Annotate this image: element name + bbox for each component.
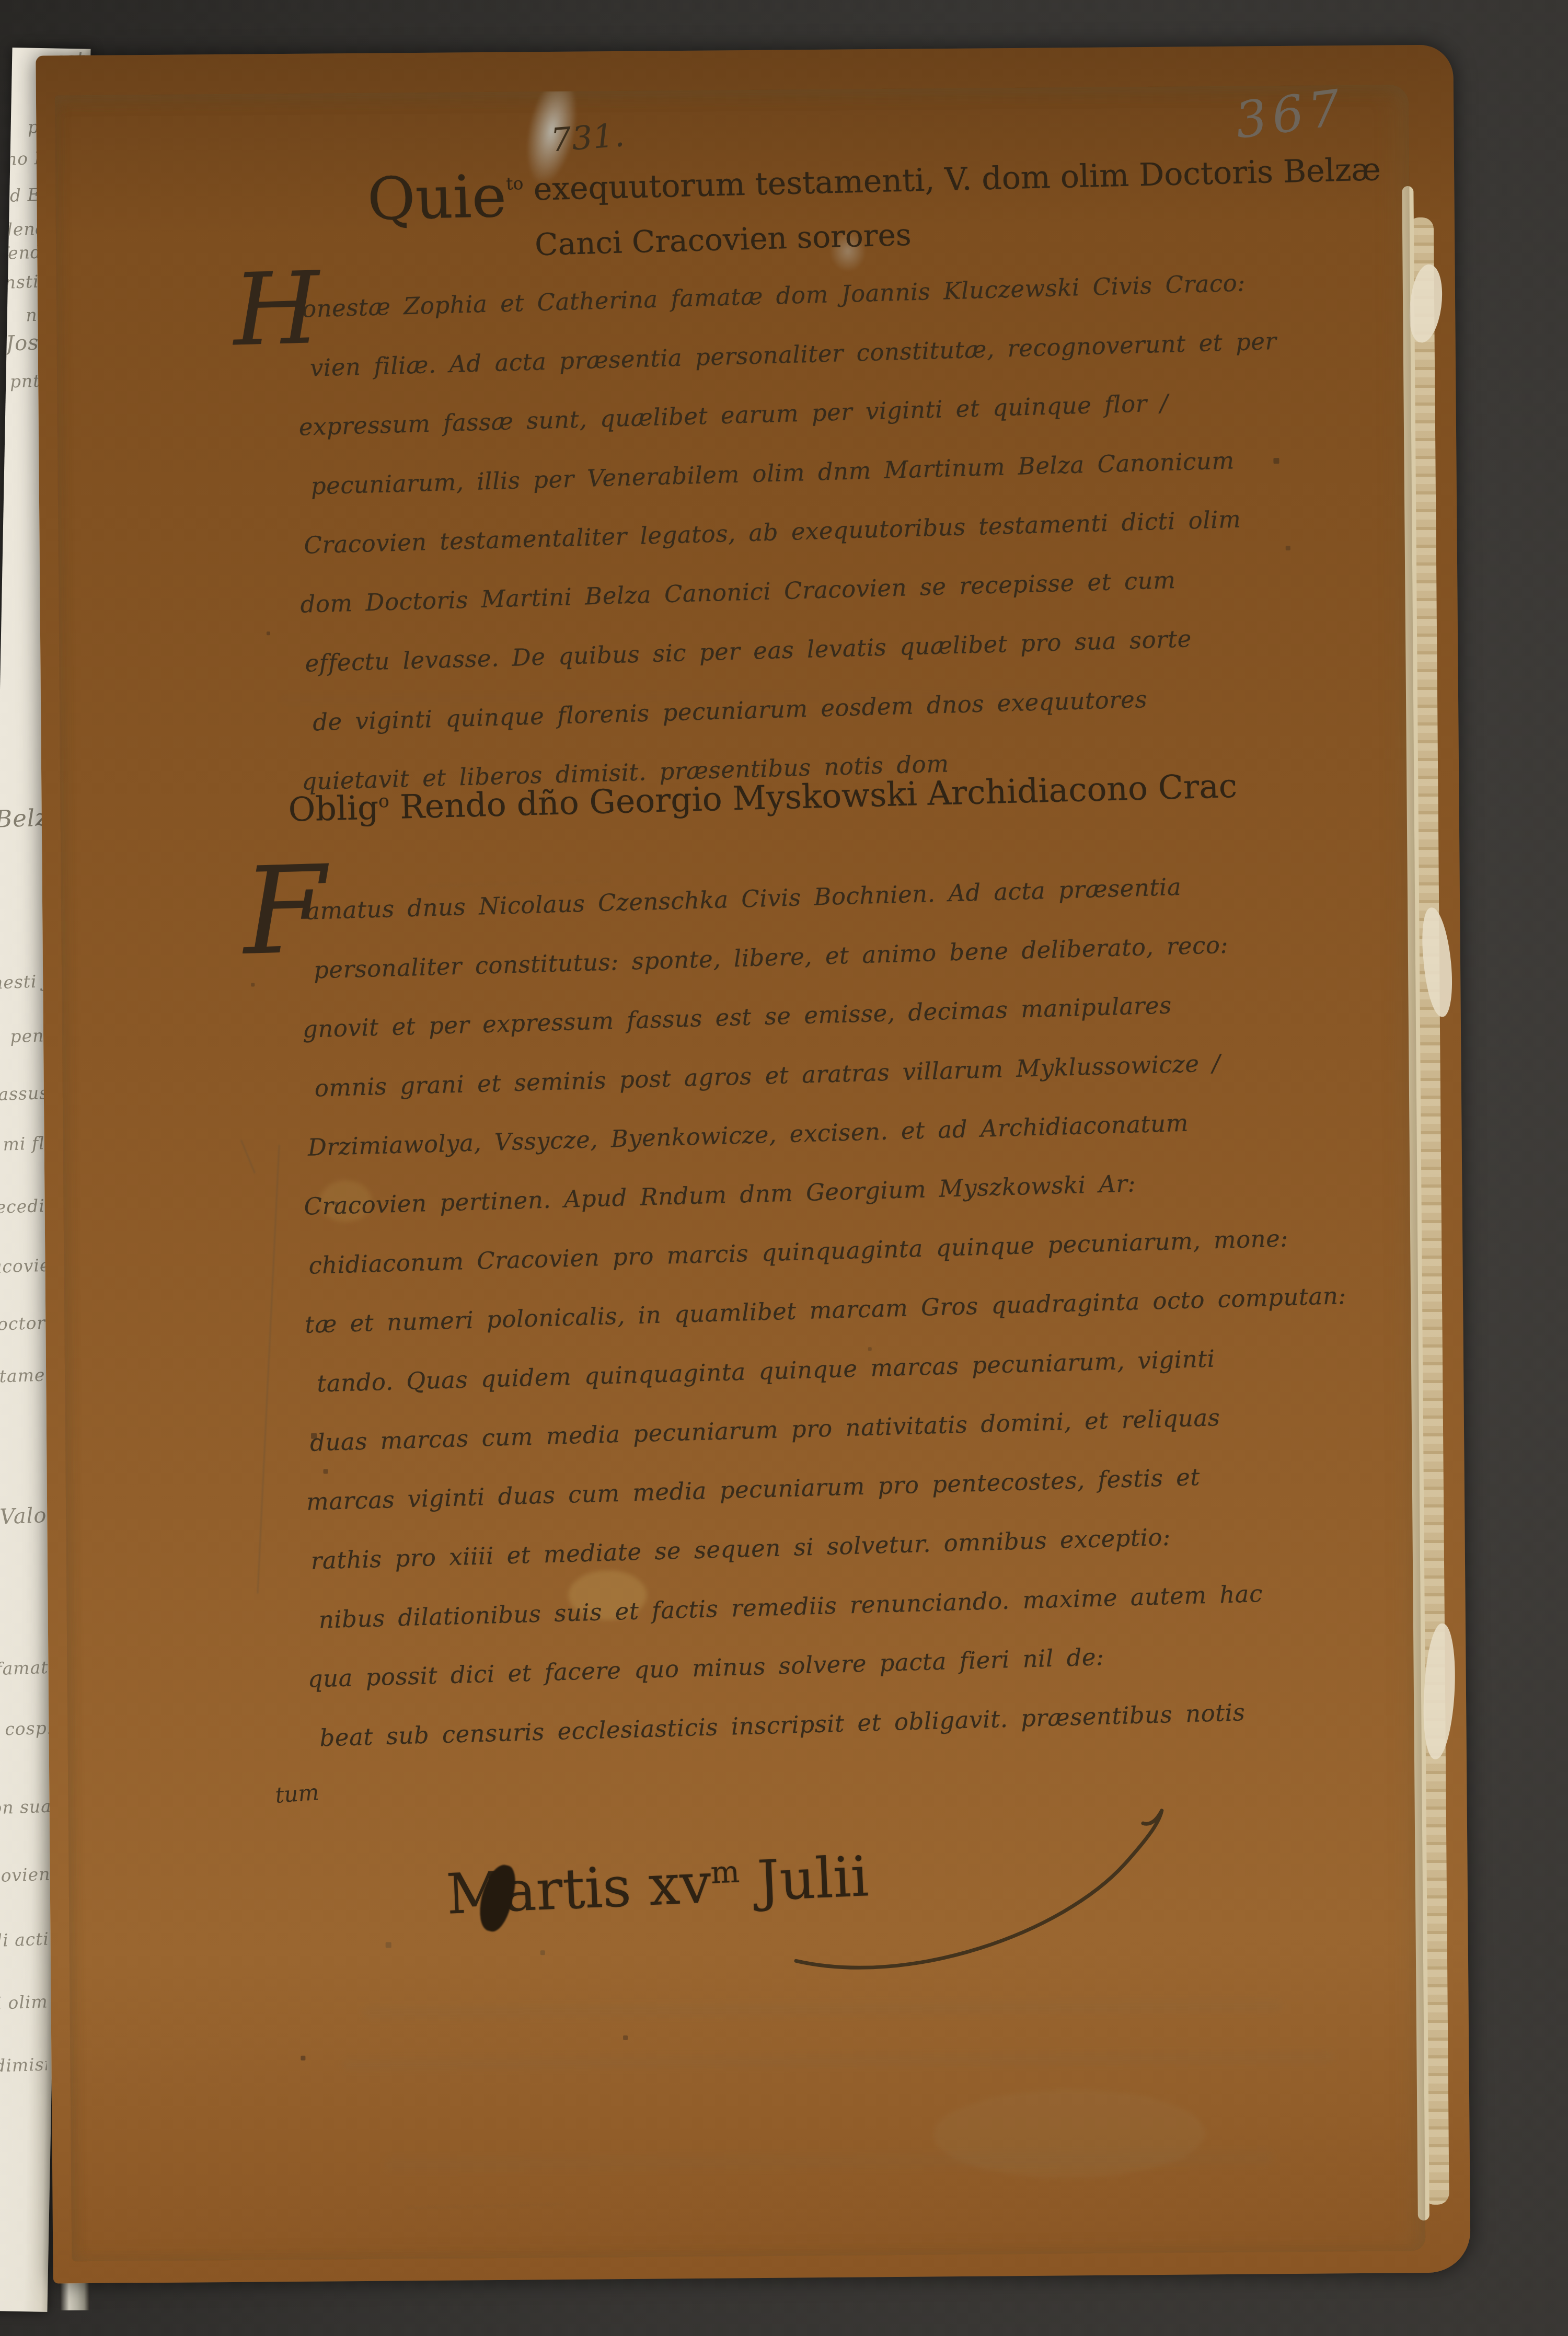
text-line-content: onestæ Zophia et Catherina famatæ dom Jo… <box>302 269 1246 323</box>
bleedthrough-band <box>363 1999 1283 2020</box>
margin-fragment: xon sua <box>0 1796 52 1820</box>
margin-fragment: In cosp: <box>0 1718 53 1742</box>
crease-line <box>257 1145 280 1594</box>
heading-superscript: o <box>378 791 390 812</box>
margin-fragment: Cracovien <box>0 1864 51 1888</box>
folio-number-ink: 731. <box>549 116 626 159</box>
entry2-initial: F <box>243 884 328 939</box>
manuscript-page: 731. 367 Quieto exequutorum testamenti, … <box>55 85 1425 2261</box>
catchword: tum <box>274 1779 320 1808</box>
entry1-body: Honestæ Zophia et Catherina famatæ dom J… <box>302 271 1388 811</box>
heading-text: Oblig <box>288 788 379 828</box>
margin-fragment: famati <box>0 1657 55 1681</box>
entry1-heading: Quieto exequutorum testamenti, V. dom ol… <box>367 151 1381 212</box>
bleedthrough-band <box>342 2051 1335 2071</box>
ink-specks <box>55 95 55 96</box>
pen-slash <box>240 1140 256 1174</box>
book-volume: 731. 367 Quieto exequutorum testamenti, … <box>36 44 1470 2283</box>
bleedthrough-text: ╌╌╌╌╌╌╌╌╌╌╌╌╌╌ <box>426 868 612 899</box>
heading-superscript: to <box>506 173 524 194</box>
heading-text: exequutorum testamenti, V. dom olim Doct… <box>523 151 1381 208</box>
margin-fragment: beros dimisit <box>0 2054 47 2078</box>
date-superscript: m <box>710 1854 740 1890</box>
manuscript-scan: ast penna dno Petro se ad Eccle: dendo e… <box>0 0 1568 2336</box>
entry1-initial: H <box>233 282 321 337</box>
pen-flourish <box>790 1801 1199 1992</box>
bleedthrough-text: ╌╌╌╌╌╌╌╌╌╌╌╌ <box>406 2191 565 2221</box>
entry2-body: Famatus dnus Nicolaus Czenschka Civis Bo… <box>306 873 1405 1767</box>
margin-fragment: hedi olim <box>0 1991 48 2015</box>
folio-number-pencil: 367 <box>1232 85 1349 150</box>
margin-fragment: udi acti <box>0 1928 50 1952</box>
heading-initial-q: Quie <box>366 163 507 234</box>
